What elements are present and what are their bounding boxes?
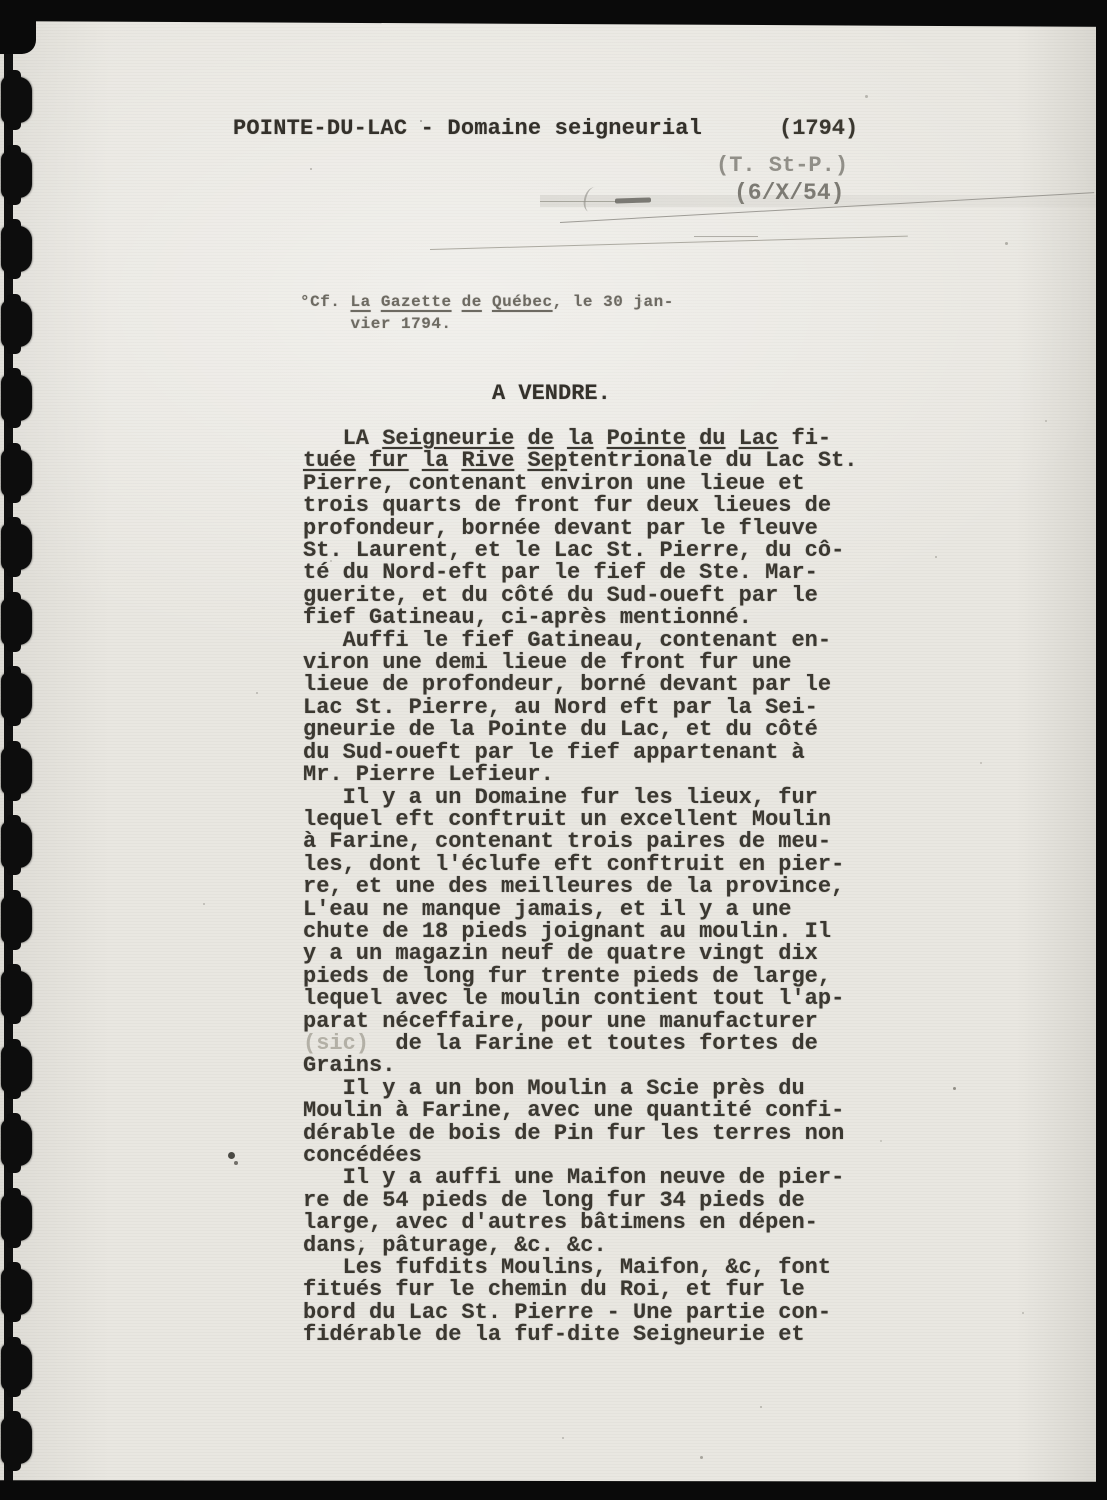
text-line: les, dont l'éclufe eft conftruit en pier… xyxy=(303,854,858,876)
paper-speck xyxy=(203,903,205,905)
text-line: Lac St. Pierre, au Nord eft par la Sei- xyxy=(303,697,858,719)
ink-smudge xyxy=(615,197,651,203)
binding-tab xyxy=(1,1046,32,1092)
binding-tab xyxy=(1,673,32,719)
paper-speck xyxy=(935,556,937,558)
binding-tab xyxy=(1,748,32,794)
text-line: tuée fur la Rive Septentrionale du Lac S… xyxy=(303,450,858,472)
paragraph: LA Seigneurie de la Pointe du Lac fi-tué… xyxy=(303,428,858,630)
binding-tab xyxy=(1,897,32,943)
paper-speck xyxy=(980,762,982,764)
text-line: Les fufdits Moulins, Maifon, &c, font xyxy=(303,1257,858,1279)
text-line: trois quarts de front fur deux lieues de xyxy=(303,495,858,517)
paper-speck xyxy=(1045,420,1047,422)
text-line: à Farine, contenant trois paires de meu- xyxy=(303,831,858,853)
scratch-artifact xyxy=(540,201,616,202)
binding-tab xyxy=(1,822,32,868)
binding-tab xyxy=(1,226,32,272)
scratch-artifact xyxy=(430,236,908,250)
body-text: LA Seigneurie de la Pointe du Lac fi-tué… xyxy=(303,428,858,1347)
archive-annotation-2: (6/X/54) xyxy=(734,180,844,206)
text-line: concédées xyxy=(303,1145,858,1167)
text-line: LA Seigneurie de la Pointe du Lac fi- xyxy=(303,428,858,450)
paragraph: Les fufdits Moulins, Maifon, &c, fontfit… xyxy=(303,1257,858,1347)
scanned-page: POINTE-DU-LAC - Domaine seigneurial (179… xyxy=(0,0,1107,1500)
binding-tab xyxy=(1,1418,32,1464)
text-line: Auffi le fief Gatineau, contenant en- xyxy=(303,630,858,652)
binding-tab xyxy=(1,450,32,496)
text-line: parat néceffaire, pour une manufacturer xyxy=(303,1011,858,1033)
text-line: Il y a auffi une Maifon neuve de pier- xyxy=(303,1167,858,1189)
text-line: lequel avec le moulin contient tout l'ap… xyxy=(303,988,858,1010)
scratch-artifact xyxy=(694,236,758,237)
binding-tab xyxy=(1,971,32,1017)
text-line: re de 54 pieds de long fur 34 pieds de xyxy=(303,1190,858,1212)
binding-tab xyxy=(1,1120,32,1166)
paper-speck xyxy=(1022,1312,1024,1314)
right-edge xyxy=(1096,0,1107,1500)
binding-tab xyxy=(1,375,32,421)
text-line: (sic) de la Farine et toutes fortes de xyxy=(303,1033,858,1055)
paragraph: Il y a auffi une Maifon neuve de pier-re… xyxy=(303,1167,858,1257)
text-line: guerite, et du côté du Sud-oueft par le xyxy=(303,585,858,607)
paper-speck xyxy=(1005,242,1008,245)
citation-note: °Cf. La Gazette de Québec, le 30 jan- vi… xyxy=(300,291,674,335)
binding-tab xyxy=(1,301,32,347)
paper-speck xyxy=(256,692,258,694)
page-title: POINTE-DU-LAC - Domaine seigneurial xyxy=(233,116,702,141)
paragraph: Il y a un bon Moulin a Scie près duMouli… xyxy=(303,1078,858,1168)
text-line: °Cf. La Gazette de Québec, le 30 jan- xyxy=(300,291,674,313)
scratch-artifact xyxy=(582,186,602,213)
text-line: St. Laurent, et le Lac St. Pierre, du cô… xyxy=(303,540,858,562)
text-line: Il y a un bon Moulin a Scie près du xyxy=(303,1078,858,1100)
binding-tab xyxy=(1,599,32,645)
top-edge xyxy=(0,0,1107,27)
bottom-edge xyxy=(0,1480,1107,1500)
paper-speck xyxy=(228,1152,235,1159)
text-line: re, et une des meilleures de la province… xyxy=(303,876,858,898)
text-line: du Sud-oueft par le fief appartenant à xyxy=(303,742,858,764)
text-line: bord du Lac St. Pierre - Une partie con- xyxy=(303,1302,858,1324)
text-line: dérable de bois de Pin fur les terres no… xyxy=(303,1123,858,1145)
text-line: viron une demi lieue de front fur une xyxy=(303,652,858,674)
text-line: chute de 18 pieds joignant au moulin. Il xyxy=(303,921,858,943)
paragraph: Il y a un Domaine fur les lieux, furlequ… xyxy=(303,787,858,1078)
binding-tab xyxy=(1,1269,32,1315)
section-heading: A VENDRE. xyxy=(492,381,611,406)
text-line: Il y a un Domaine fur les lieux, fur xyxy=(303,787,858,809)
text-line: pieds de long fur trente pieds de large, xyxy=(303,966,858,988)
text-line: lieue de profondeur, borné devant par le xyxy=(303,674,858,696)
paper-speck xyxy=(880,1140,882,1142)
binding-tab xyxy=(1,77,32,123)
paper-speck xyxy=(865,95,868,98)
binding-tab xyxy=(1,1195,32,1241)
text-line: large, avec d'autres bâtimens en dépen- xyxy=(303,1212,858,1234)
text-line: profondeur, bornée devant par le fleuve xyxy=(303,518,858,540)
text-line: té du Nord-eft par le fief de Ste. Mar- xyxy=(303,562,858,584)
text-line: gneurie de la Pointe du Lac, et du côté xyxy=(303,719,858,741)
paper-speck xyxy=(953,1087,956,1090)
text-line: y a un magazin neuf de quatre vingt dix xyxy=(303,943,858,965)
text-line: Moulin à Farine, avec une quantité confi… xyxy=(303,1100,858,1122)
paper-speck xyxy=(760,1406,762,1408)
paper-speck xyxy=(310,168,312,170)
text-line: fief Gatineau, ci-après mentionné. xyxy=(303,607,858,629)
text-line: dans, pâturage, &c. &c. xyxy=(303,1235,858,1257)
text-line: Mr. Pierre Lefieur. xyxy=(303,764,858,786)
text-line: L'eau ne manque jamais, et il y a une xyxy=(303,899,858,921)
archive-annotation-1: (T. St-P.) xyxy=(716,153,848,178)
text-line: fitués fur le chemin du Roi, et fur le xyxy=(303,1279,858,1301)
binding-tab xyxy=(1,152,32,198)
page-year: (1794) xyxy=(779,116,858,141)
text-line: vier 1794. xyxy=(300,313,674,335)
paper-speck xyxy=(234,1161,238,1165)
paper-speck xyxy=(700,1456,703,1459)
paragraph: Auffi le fief Gatineau, contenant en-vir… xyxy=(303,630,858,787)
binding-tab xyxy=(1,1344,32,1390)
binding-tab xyxy=(1,524,32,570)
text-line: lequel eft conftruit un excellent Moulin xyxy=(303,809,858,831)
text-line: Grains. xyxy=(303,1055,858,1077)
text-line: fidérable de la fuf-dite Seigneurie et xyxy=(303,1324,858,1346)
paper-speck xyxy=(562,1437,564,1439)
text-line: Pierre, contenant environ une lieue et xyxy=(303,473,858,495)
